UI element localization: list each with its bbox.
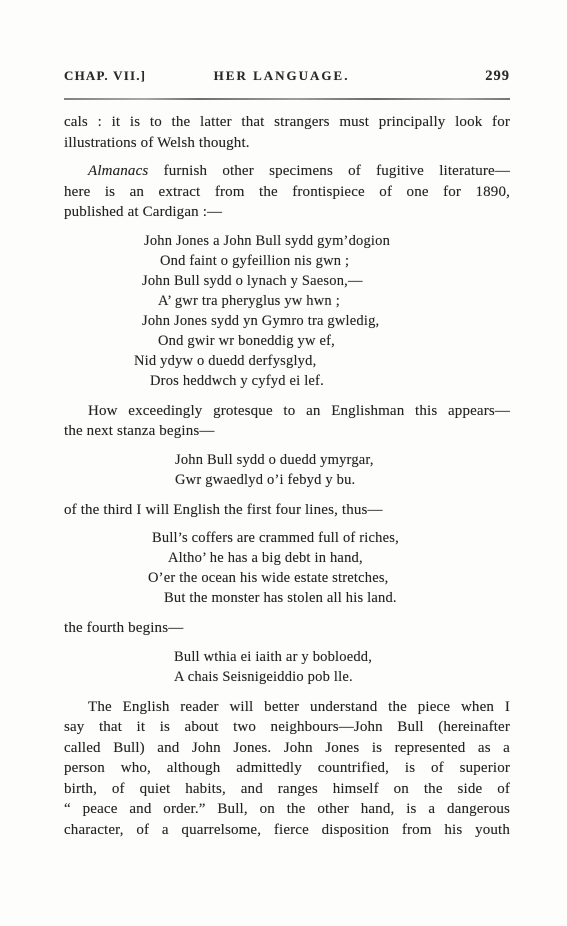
page-number: 299 [485, 68, 510, 85]
text-line: say that it is about two neighbours—John… [64, 717, 510, 738]
text-line: cals : it is to the latter that stranger… [64, 112, 510, 133]
verse-line: Ond gwir wr boneddig yw ef, [158, 331, 510, 351]
verse-block: John Jones a John Bull sydd gym’dogionOn… [64, 231, 510, 391]
book-page: CHAP. VII.] HER LANGUAGE. 299 cals : it … [0, 0, 567, 926]
verse-line: A chais Seisnigeiddio pob lle. [174, 667, 510, 687]
paragraph: cals : it is to the latter that stranger… [64, 112, 510, 153]
text-segment: furnish other specimens of fugitive lite… [148, 163, 510, 179]
text-line: character, of a quarrelsome, fierce disp… [64, 820, 510, 841]
verse-line: Gwr gwaedlyd o’i febyd y bu. [175, 470, 510, 490]
verse-line: Bull’s coffers are crammed full of riche… [152, 528, 510, 548]
text-line: person who, although admittedly countrif… [64, 758, 510, 779]
text-line: The English reader will better understan… [64, 697, 510, 718]
running-title: HER LANGUAGE. [214, 68, 350, 84]
text-line: of the third I will English the first fo… [64, 500, 510, 521]
verse-line: Ond faint o gyfeillion nis gwn ; [160, 251, 510, 271]
verse-line: John Jones sydd yn Gymro tra gwledig, [142, 311, 510, 331]
italic-text: Almanacs [88, 163, 148, 179]
verse-line: Altho’ he has a big debt in hand, [168, 548, 510, 568]
text-line: published at Cardigan :— [64, 202, 510, 223]
text-line: Almanacs furnish other specimens of fugi… [64, 161, 510, 182]
verse-block: John Bull sydd o duedd ymyrgar,Gwr gwaed… [64, 450, 510, 490]
text-line: “ peace and order.” Bull, on the other h… [64, 799, 510, 820]
paragraph: Almanacs furnish other specimens of fugi… [64, 161, 510, 223]
verse-line: John Bull sydd o lynach y Saeson,— [142, 271, 510, 291]
verse-line: Nid ydyw o duedd derfysglyd, [134, 351, 510, 371]
verse-line: But the monster has stolen all his land. [164, 588, 510, 608]
verse-line: Dros heddwch y cyfyd ei lef. [150, 371, 510, 391]
verse-line: Bull wthia ei iaith ar y bobloedd, [174, 647, 510, 667]
text-line: the next stanza begins— [64, 421, 510, 442]
chapter-label: CHAP. VII.] [64, 68, 146, 84]
paragraph: the fourth begins— [64, 618, 510, 639]
verse-line: John Bull sydd o duedd ymyrgar, [175, 450, 510, 470]
page-body: cals : it is to the latter that stranger… [64, 112, 510, 840]
text-line: illustrations of Welsh thought. [64, 133, 510, 154]
verse-block: Bull’s coffers are crammed full of riche… [64, 528, 510, 608]
text-line: here is an extract from the frontispiece… [64, 182, 510, 203]
paragraph: of the third I will English the first fo… [64, 500, 510, 521]
verse-line: A’ gwr tra pheryglus yw hwn ; [158, 291, 510, 311]
page-header: CHAP. VII.] HER LANGUAGE. 299 [64, 68, 510, 85]
text-line: birth, of quiet habits, and ranges himse… [64, 779, 510, 800]
header-rule [64, 98, 510, 100]
text-line: How exceedingly grotesque to an Englishm… [64, 401, 510, 422]
paragraph: How exceedingly grotesque to an Englishm… [64, 401, 510, 442]
verse-line: John Jones a John Bull sydd gym’dogion [144, 231, 510, 251]
text-line: called Bull) and John Jones. John Jones … [64, 738, 510, 759]
text-line: the fourth begins— [64, 618, 510, 639]
verse-block: Bull wthia ei iaith ar y bobloedd,A chai… [64, 647, 510, 687]
paragraph: The English reader will better understan… [64, 697, 510, 841]
verse-line: O’er the ocean his wide estate stretches… [148, 568, 510, 588]
